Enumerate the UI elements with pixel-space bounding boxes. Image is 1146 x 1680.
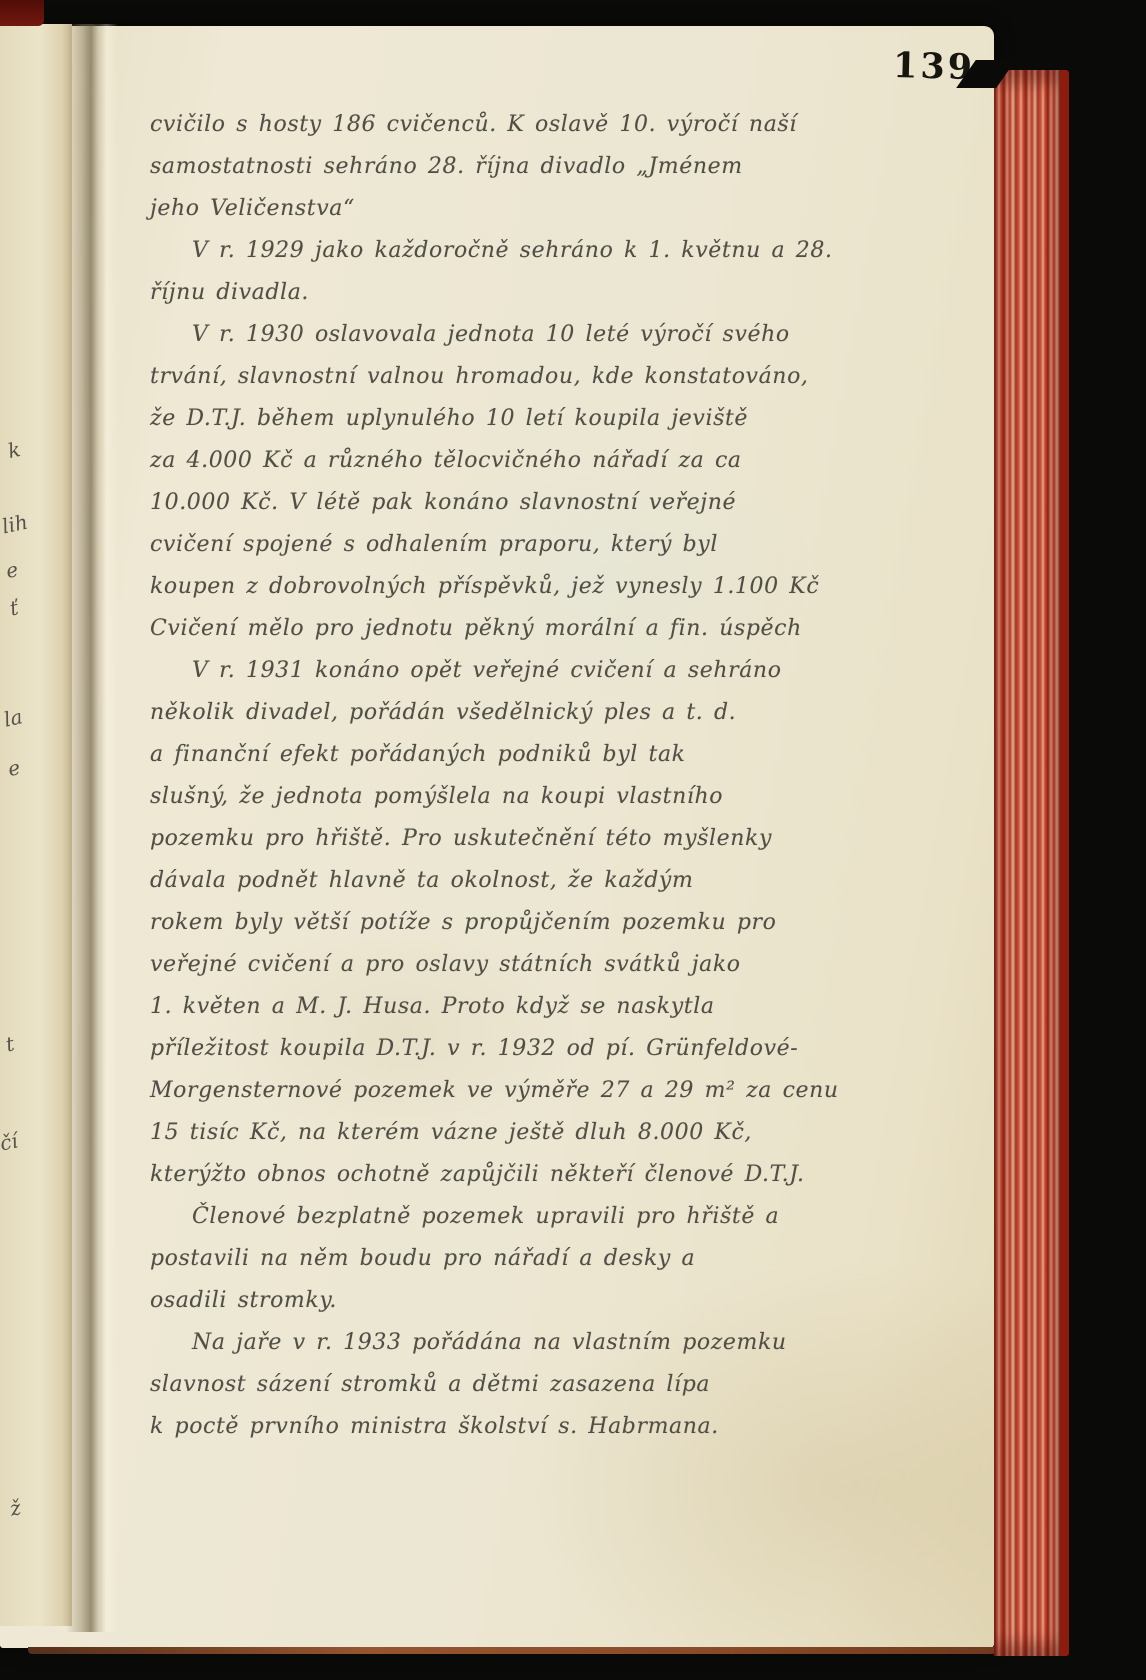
manuscript-line: 15 tisíc Kč, na kterém vázne ještě dluh … xyxy=(150,1112,940,1154)
prev-page-text-fragment: e xyxy=(6,755,23,781)
prev-page-text-fragment: t xyxy=(4,1031,17,1056)
manuscript-line: samostatnosti sehráno 28. října divadlo … xyxy=(150,146,940,188)
manuscript-line: rokem byly větší potíže s propůjčením po… xyxy=(150,902,940,944)
manuscript-line: příležitost koupila D.T.J. v r. 1932 od … xyxy=(150,1028,940,1070)
prev-page-text-fragment: čí xyxy=(0,1128,20,1155)
handwritten-text: cvičilo s hosty 186 cvičenců. K oslavě 1… xyxy=(150,104,940,1448)
manuscript-line: koupen z dobrovolných příspěvků, jež vyn… xyxy=(150,566,940,608)
manuscript-line: V r. 1931 konáno opět veřejné cvičení a … xyxy=(150,650,940,692)
manuscript-line: několik divadel, pořádán všedělnický ple… xyxy=(150,692,940,734)
manuscript-line: že D.T.J. během uplynulého 10 letí koupi… xyxy=(150,398,940,440)
chronicle-page: 139 cvičilo s hosty 186 cvičenců. K osla… xyxy=(0,26,994,1648)
manuscript-line: kterýžto obnos ochotně zapůjčili někteří… xyxy=(150,1154,940,1196)
manuscript-line: osadili stromky. xyxy=(150,1280,940,1322)
manuscript-line: Morgensternové pozemek ve výměře 27 a 29… xyxy=(150,1070,940,1112)
prev-page-text-fragment: ť xyxy=(8,595,21,620)
manuscript-line: V r. 1929 jako každoročně sehráno k 1. k… xyxy=(150,230,940,272)
manuscript-line: pozemku pro hřiště. Pro uskutečnění této… xyxy=(150,818,940,860)
manuscript-line: k poctě prvního ministra školství s. Hab… xyxy=(150,1406,940,1448)
manuscript-line: slušný, že jednota pomýšlela na koupi vl… xyxy=(150,776,940,818)
manuscript-line: za 4.000 Kč a různého tělocvičného nářad… xyxy=(150,440,940,482)
manuscript-line: dávala podnět hlavně ta okolnost, že kaž… xyxy=(150,860,940,902)
manuscript-line: V r. 1930 oslavovala jednota 10 leté výr… xyxy=(150,314,940,356)
gutter-fold xyxy=(66,24,118,1632)
book-photo: 139 cvičilo s hosty 186 cvičenců. K osla… xyxy=(0,0,1146,1680)
prev-page-text-fragment: ž xyxy=(8,1495,23,1521)
manuscript-line: 1. květen a M. J. Husa. Proto když se na… xyxy=(150,986,940,1028)
manuscript-line: říjnu divadla. xyxy=(150,272,940,314)
manuscript-line: slavnost sázení stromků a dětmi zasazena… xyxy=(150,1364,940,1406)
book-cover-corner xyxy=(0,0,44,26)
manuscript-line: cvičení spojené s odhalením praporu, kte… xyxy=(150,524,940,566)
manuscript-line: Členové bezplatně pozemek upravili pro h… xyxy=(150,1196,940,1238)
prev-page-text-fragment: e xyxy=(4,557,21,583)
prev-page-text-fragment: la xyxy=(2,704,25,731)
prev-page-text-fragment: k xyxy=(6,437,23,463)
prev-page-text-fragment: lih xyxy=(0,510,30,539)
manuscript-line: a finanční efekt pořádaných podniků byl … xyxy=(150,734,940,776)
manuscript-line: Cvičení mělo pro jednotu pěkný morální a… xyxy=(150,608,940,650)
manuscript-line: 10.000 Kč. V létě pak konáno slavnostní … xyxy=(150,482,940,524)
red-fore-edge-pages xyxy=(994,70,1069,1656)
manuscript-line: trvání, slavnostní valnou hromadou, kde … xyxy=(150,356,940,398)
manuscript-line: jeho Veličenstva“ xyxy=(150,188,940,230)
manuscript-line: Na jaře v r. 1933 pořádána na vlastním p… xyxy=(150,1322,940,1364)
manuscript-line: postavili na něm boudu pro nářadí a desk… xyxy=(150,1238,940,1280)
previous-page-edge: k lih e ť la e t čí ž xyxy=(0,24,72,1626)
manuscript-line: cvičilo s hosty 186 cvičenců. K oslavě 1… xyxy=(150,104,940,146)
manuscript-line: veřejné cvičení a pro oslavy státních sv… xyxy=(150,944,940,986)
